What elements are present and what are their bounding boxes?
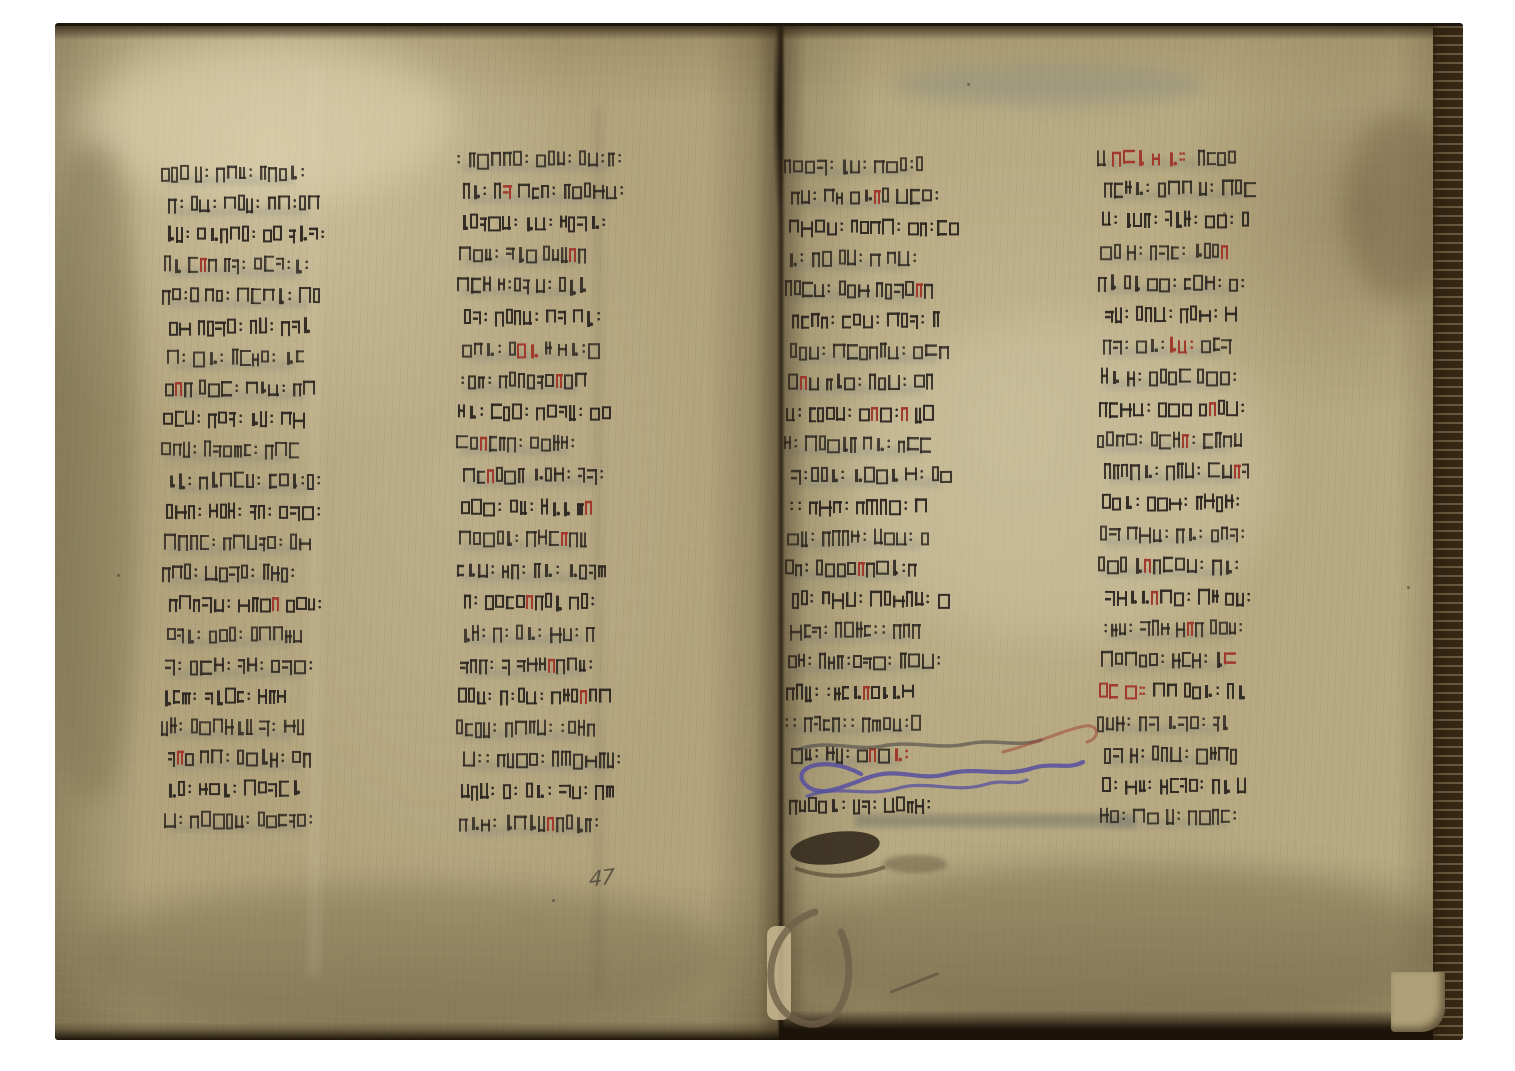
glyph xyxy=(548,151,555,166)
glyph xyxy=(220,229,229,244)
glyph xyxy=(505,531,512,546)
glyph xyxy=(1103,340,1112,355)
glyph xyxy=(177,751,184,765)
glyph xyxy=(1196,496,1203,510)
glyph xyxy=(527,375,536,390)
text-line xyxy=(164,528,313,559)
text-line xyxy=(1099,676,1248,707)
glyph xyxy=(869,748,876,762)
glyph xyxy=(914,375,924,388)
glyph xyxy=(481,627,487,641)
glyph xyxy=(1137,370,1143,384)
text-line xyxy=(1098,550,1242,582)
glyph xyxy=(872,719,881,731)
glyph xyxy=(1102,212,1111,226)
glyph xyxy=(1193,274,1203,290)
glyph xyxy=(1221,810,1230,823)
text-segment xyxy=(1100,809,1239,825)
rubric-text-segment xyxy=(517,342,539,357)
text-segment xyxy=(168,196,321,212)
glyph xyxy=(232,260,239,275)
glyph xyxy=(1230,748,1237,764)
text-segment xyxy=(1103,621,1187,638)
glyph xyxy=(554,467,564,481)
glyph xyxy=(178,813,184,827)
text-segment xyxy=(792,591,952,608)
glyph xyxy=(277,690,286,703)
glyph xyxy=(1225,494,1234,508)
glyph xyxy=(1124,308,1130,322)
text-segment xyxy=(464,594,526,609)
glyph xyxy=(518,468,525,483)
rubric-text-segment xyxy=(1144,559,1153,573)
glyph xyxy=(526,692,536,705)
text-line xyxy=(461,207,609,239)
rubric-text-segment xyxy=(1234,464,1243,478)
text-segment xyxy=(164,812,315,828)
glyph xyxy=(175,382,182,396)
glyph xyxy=(267,505,273,519)
glyph xyxy=(866,562,875,577)
glyph xyxy=(509,372,516,387)
glyph xyxy=(289,814,296,828)
glyph xyxy=(279,473,289,486)
glyph xyxy=(1187,559,1197,573)
glyph xyxy=(255,197,261,211)
glyph xyxy=(822,531,831,546)
glyph xyxy=(1179,369,1191,383)
glyph xyxy=(524,406,530,420)
text-segment xyxy=(589,690,613,704)
glyph xyxy=(235,815,244,828)
glyph xyxy=(164,534,176,550)
glyph xyxy=(873,656,885,670)
glyph xyxy=(502,659,511,675)
glyph xyxy=(473,532,482,545)
glyph xyxy=(1127,527,1137,540)
rubric-text-segment xyxy=(1168,338,1196,354)
glyph xyxy=(492,816,498,830)
glyph xyxy=(238,659,245,674)
glyph xyxy=(540,753,546,767)
glyph xyxy=(1139,528,1151,544)
glyph xyxy=(250,505,257,520)
glyph xyxy=(589,216,599,229)
glyph xyxy=(893,407,899,421)
glyph xyxy=(234,446,243,458)
text-segment xyxy=(1099,401,1209,417)
glyph xyxy=(839,221,845,235)
glyph xyxy=(175,505,187,519)
glyph xyxy=(479,659,488,674)
glyph xyxy=(909,158,915,172)
glyph xyxy=(299,474,305,488)
glyph xyxy=(302,318,311,334)
glyph xyxy=(1205,275,1215,289)
glyph xyxy=(537,375,544,389)
glyph xyxy=(256,474,262,488)
text-segment xyxy=(161,442,301,459)
glyph xyxy=(497,755,506,768)
glyph xyxy=(826,686,832,700)
text-segment xyxy=(462,342,517,356)
text-column-2 xyxy=(460,144,760,849)
text-line xyxy=(787,522,931,553)
glyph xyxy=(949,222,959,235)
glyph xyxy=(173,444,182,456)
glyph xyxy=(1218,746,1228,760)
glyph xyxy=(190,287,199,302)
glyph xyxy=(903,623,910,637)
glyph xyxy=(1152,619,1159,635)
text-line xyxy=(1104,173,1258,205)
glyph xyxy=(933,311,940,327)
glyph xyxy=(491,403,501,419)
glyph xyxy=(258,782,267,794)
glyph xyxy=(245,813,251,827)
glyph xyxy=(505,722,514,737)
glyph xyxy=(859,408,869,421)
glyph xyxy=(889,500,901,515)
glyph xyxy=(1172,654,1181,669)
glyph xyxy=(1232,370,1238,384)
glyph xyxy=(1138,433,1144,447)
text-line xyxy=(1097,424,1244,456)
glyph xyxy=(182,692,191,704)
glyph xyxy=(547,722,553,736)
text-segment xyxy=(1105,589,1151,604)
text-line xyxy=(464,586,597,618)
glyph xyxy=(510,500,519,513)
text-line xyxy=(461,776,616,809)
glyph xyxy=(547,405,557,418)
glyph xyxy=(166,226,175,242)
text-line xyxy=(458,681,613,713)
glyph xyxy=(843,500,849,514)
glyph xyxy=(482,185,488,199)
glyph xyxy=(177,659,183,673)
glyph xyxy=(1167,308,1173,322)
glyph xyxy=(169,599,178,612)
glyph xyxy=(464,595,471,609)
glyph xyxy=(886,161,898,173)
glyph xyxy=(293,384,302,397)
glyph xyxy=(550,502,560,516)
glyph xyxy=(473,595,479,609)
glyph xyxy=(564,375,573,390)
text-line xyxy=(163,404,307,435)
glyph xyxy=(836,192,843,204)
glyph xyxy=(547,816,554,830)
glyph xyxy=(291,197,297,211)
glyph xyxy=(862,800,871,814)
rubric-text-segment xyxy=(871,407,880,421)
glyph xyxy=(497,500,503,514)
text-segment xyxy=(166,781,303,798)
glyph xyxy=(1204,494,1214,509)
glyph xyxy=(825,563,835,577)
glyph xyxy=(296,351,305,363)
glyph xyxy=(1163,556,1173,572)
glyph xyxy=(241,259,247,273)
text-segment xyxy=(463,752,623,769)
text-line xyxy=(161,158,307,190)
glyph xyxy=(1221,245,1228,259)
glyph xyxy=(1209,402,1216,416)
glyph xyxy=(847,562,856,575)
glyph xyxy=(863,657,872,669)
glyph xyxy=(542,564,552,577)
glyph xyxy=(577,503,584,515)
glyph xyxy=(1182,433,1189,447)
glyph xyxy=(263,230,272,243)
glyph xyxy=(1102,494,1111,509)
glyph xyxy=(812,190,818,204)
glyph xyxy=(523,280,530,295)
glyph xyxy=(827,222,837,235)
glyph xyxy=(211,750,223,764)
glyph xyxy=(908,222,918,235)
rubric-text-segment xyxy=(1186,622,1195,636)
glyph xyxy=(901,313,908,328)
glyph xyxy=(1113,341,1122,355)
glyph xyxy=(910,188,920,204)
text-line xyxy=(791,181,941,212)
glyph xyxy=(265,445,274,460)
text-line xyxy=(161,712,306,743)
glyph xyxy=(1227,683,1234,699)
glyph xyxy=(516,625,523,640)
glyph xyxy=(1173,592,1183,606)
glyph xyxy=(193,352,205,368)
glyph xyxy=(936,654,942,668)
glyph xyxy=(503,184,512,198)
text-segment xyxy=(489,436,578,453)
glyph xyxy=(580,533,587,548)
glyph xyxy=(590,596,596,610)
glyph xyxy=(230,227,240,240)
glyph xyxy=(268,784,277,798)
text-line xyxy=(789,491,929,522)
glyph xyxy=(479,405,485,419)
glyph xyxy=(1236,686,1246,700)
glyph xyxy=(1210,620,1217,635)
glyph xyxy=(281,321,290,336)
rubric-text-segment xyxy=(487,469,496,483)
glyph xyxy=(572,786,581,799)
glyph xyxy=(858,252,864,266)
glyph xyxy=(1112,498,1121,511)
text-line xyxy=(167,343,306,374)
glyph xyxy=(828,656,835,669)
glyph xyxy=(456,153,462,167)
glyph xyxy=(585,756,597,768)
glyph xyxy=(308,599,315,611)
glyph xyxy=(870,221,880,234)
glyph xyxy=(1116,717,1125,732)
text-line xyxy=(1102,205,1250,236)
glyph xyxy=(1138,684,1146,698)
glyph xyxy=(1196,748,1208,764)
text-segment xyxy=(463,184,503,200)
rubric-text-segment xyxy=(569,248,578,262)
text-segment xyxy=(496,467,607,484)
text-segment xyxy=(790,622,922,639)
glyph xyxy=(1157,497,1167,511)
glyph xyxy=(890,469,899,482)
text-segment xyxy=(460,657,548,673)
glyph xyxy=(1197,369,1204,384)
glyph xyxy=(821,316,828,328)
glyph xyxy=(168,476,175,488)
glyph xyxy=(876,469,888,484)
glyph xyxy=(526,249,536,263)
glyph xyxy=(1218,400,1225,415)
glyph xyxy=(920,222,927,236)
glyph xyxy=(1169,498,1181,510)
glyph xyxy=(1226,402,1238,417)
glyph xyxy=(1161,747,1168,762)
glyph xyxy=(534,563,541,578)
glyph xyxy=(556,817,565,832)
glyph xyxy=(463,182,470,198)
glyph xyxy=(829,159,835,173)
text-line xyxy=(1097,142,1238,174)
glyph xyxy=(1198,149,1205,165)
text-segment xyxy=(556,815,601,831)
text-segment xyxy=(1218,402,1248,417)
glyph xyxy=(1201,341,1211,354)
glyph xyxy=(842,315,851,328)
glyph xyxy=(517,659,526,671)
text-line xyxy=(167,620,304,652)
glyph xyxy=(173,260,182,274)
glyph xyxy=(829,469,838,482)
glyph xyxy=(303,753,312,768)
text-segment xyxy=(462,625,596,642)
glyph xyxy=(563,689,570,702)
glyph xyxy=(841,437,848,452)
text-segment xyxy=(458,689,580,704)
glyph xyxy=(515,720,527,734)
glyph xyxy=(526,531,536,547)
glyph xyxy=(237,750,244,765)
glyph xyxy=(558,311,567,325)
glyph xyxy=(1167,684,1177,697)
text-segment xyxy=(578,247,588,262)
glyph xyxy=(187,783,193,797)
rubric-text-segment xyxy=(1151,590,1160,604)
glyph xyxy=(1182,181,1192,194)
glyph xyxy=(1098,277,1107,292)
text-line xyxy=(164,805,315,836)
glyph xyxy=(882,218,894,234)
glyph xyxy=(279,506,288,519)
glyph xyxy=(840,469,846,483)
glyph xyxy=(514,278,521,292)
text-line xyxy=(457,270,589,302)
glyph xyxy=(558,343,567,355)
glyph xyxy=(896,796,905,811)
glyph xyxy=(229,412,236,427)
glyph xyxy=(483,277,492,292)
glyph xyxy=(851,530,860,542)
glyph xyxy=(589,689,598,702)
glyph xyxy=(518,183,530,197)
glyph xyxy=(821,345,827,359)
glyph xyxy=(1168,403,1180,417)
glyph xyxy=(595,785,604,800)
glyph xyxy=(286,259,292,273)
glyph xyxy=(875,313,881,327)
glyph xyxy=(1140,747,1146,761)
glyph xyxy=(923,404,933,420)
glyph xyxy=(464,309,471,324)
glyph xyxy=(813,686,819,700)
glyph xyxy=(547,216,553,230)
glyph xyxy=(1128,622,1134,636)
glyph xyxy=(1100,246,1112,260)
glyph xyxy=(896,221,902,235)
glyph xyxy=(516,596,525,609)
glyph xyxy=(1108,273,1117,289)
glyph xyxy=(903,717,909,731)
glyph xyxy=(278,536,284,550)
glyph xyxy=(251,289,261,305)
glyph xyxy=(874,189,881,203)
glyph xyxy=(1207,152,1216,165)
glyph xyxy=(1231,810,1237,824)
glyph xyxy=(839,280,846,295)
glyph xyxy=(261,351,270,363)
glyph xyxy=(528,814,537,830)
glyph xyxy=(1153,560,1162,575)
glyph xyxy=(1110,371,1120,384)
glyph xyxy=(461,501,470,514)
text-line xyxy=(459,523,588,555)
glyph xyxy=(215,691,224,706)
rubric-text-segment xyxy=(580,690,589,704)
glyph xyxy=(531,468,543,480)
glyph xyxy=(513,151,522,166)
glyph xyxy=(920,437,930,453)
glyph xyxy=(165,384,174,397)
glyph xyxy=(247,658,257,672)
glyph xyxy=(1145,182,1151,196)
glyph xyxy=(1210,747,1217,760)
text-line xyxy=(463,744,624,777)
glyph xyxy=(246,753,258,767)
glyph xyxy=(1216,496,1223,512)
glyph xyxy=(470,214,479,229)
glyph xyxy=(812,626,821,638)
glyph xyxy=(1097,435,1104,448)
glyph xyxy=(297,226,307,242)
text-segment xyxy=(1242,464,1251,479)
glyph xyxy=(549,531,559,546)
glyph xyxy=(822,591,831,604)
glyph xyxy=(226,659,232,673)
text-segment xyxy=(1104,746,1239,763)
text-line xyxy=(789,790,933,822)
glyph xyxy=(1115,307,1122,323)
glyph xyxy=(525,627,535,640)
glyph xyxy=(1234,559,1240,573)
text-line xyxy=(1099,393,1248,425)
glyph xyxy=(220,503,227,518)
glyph xyxy=(915,591,924,605)
glyph xyxy=(1229,213,1235,227)
